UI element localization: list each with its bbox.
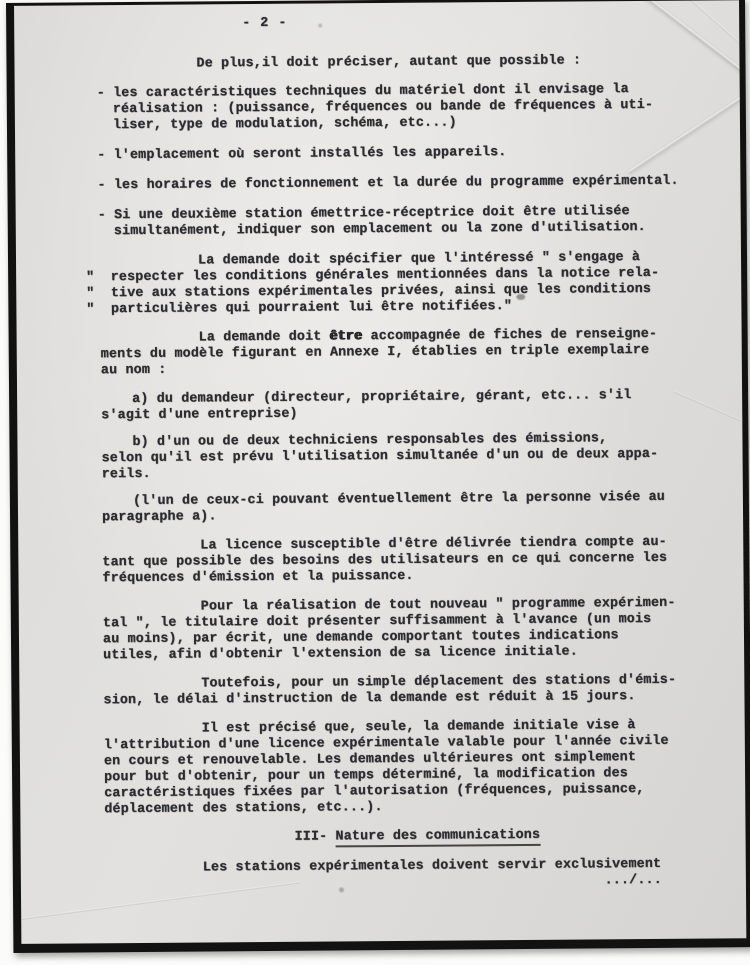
text-block: - les caractéristiques techniques du mat… bbox=[99, 82, 700, 135]
text-block: La licence susceptible d'être délivrée t… bbox=[102, 535, 703, 588]
text-block: Il est précisé que, seule, la demande in… bbox=[104, 718, 706, 819]
text-line: utiles, afin d'obtenir l'extension de sa… bbox=[103, 644, 704, 665]
text-block: - l'emplacement où seront installés les … bbox=[99, 144, 700, 165]
text-line: - l'emplacement où seront installés les … bbox=[97, 144, 700, 165]
text-line: - les horaires de fonctionnement et la d… bbox=[97, 174, 700, 195]
overstruck-word: être bbox=[330, 329, 363, 344]
text-line: simultanément, indiquer son emplacement … bbox=[114, 220, 701, 241]
scanned-page: - 2 - De plus,il doit préciser, autant q… bbox=[14, 0, 746, 944]
text-block: (l'un de ceux-ci pouvant éventuellement … bbox=[102, 490, 703, 527]
text-line: .../... bbox=[105, 873, 706, 894]
text-block: La demande doit être accompagnée de fich… bbox=[101, 327, 702, 380]
text-line: liser, type de modulation, schéma, etc..… bbox=[113, 114, 700, 135]
text-line: déplacement des stations, etc...). bbox=[104, 798, 705, 819]
page-number: - 2 - bbox=[242, 16, 287, 31]
text-line: De plus,il doit préciser, autant que pos… bbox=[98, 53, 699, 74]
text-block: a) du demandeur (directeur, propriétaire… bbox=[101, 388, 702, 425]
heading-prefix: III- bbox=[295, 829, 336, 844]
text-block: b) d'un ou de deux techniciens responsab… bbox=[101, 431, 702, 484]
text-block: - les horaires de fonctionnement et la d… bbox=[99, 174, 700, 195]
text-line: " particulières qui pourraient lui être … bbox=[86, 298, 701, 319]
text-block: De plus,il doit préciser, autant que pos… bbox=[98, 53, 699, 74]
section-heading: III- Nature des communications bbox=[295, 827, 706, 846]
text-block: .../... bbox=[105, 873, 706, 894]
text-block: Pour la réalisation de tout nouveau " pr… bbox=[103, 596, 704, 665]
text-line: paragraphe a). bbox=[102, 506, 703, 527]
ink-stain bbox=[318, 24, 322, 28]
text-line: fréquences d'émission et la puissance. bbox=[102, 567, 703, 588]
heading-title: Nature des communications bbox=[335, 828, 540, 848]
scan-frame: - 2 - De plus,il doit préciser, autant q… bbox=[6, 0, 750, 953]
text-block: Toutefois, pour un simple déplacement de… bbox=[103, 673, 704, 710]
text-block: - Si une deuxième station émettrice-réce… bbox=[100, 204, 701, 241]
document-body: De plus,il doit préciser, autant que pos… bbox=[98, 53, 706, 894]
text-line: s'agit d'une entreprise) bbox=[101, 404, 702, 425]
text-line: sion, le délai d'instruction de la deman… bbox=[103, 689, 704, 710]
text-block: La demande doit spécifier que l'intéress… bbox=[100, 250, 701, 319]
